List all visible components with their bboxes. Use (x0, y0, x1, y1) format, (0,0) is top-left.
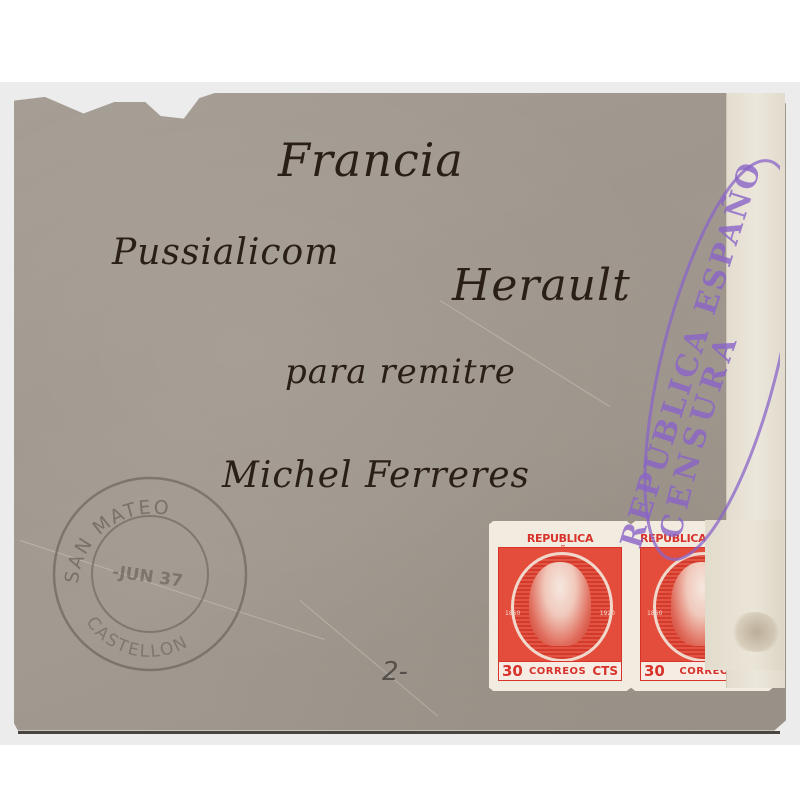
stamp-year-left: 1850 (647, 610, 662, 617)
stamp-unit: CTS (592, 664, 621, 678)
address-country: Francia (278, 133, 464, 187)
portrait-icon (529, 562, 591, 646)
stamp-value: 30 (641, 662, 665, 680)
address-recipient: Michel Ferreres (222, 455, 530, 496)
address-forwarding-note: para remitre (285, 352, 516, 392)
envelope-bottom-edge (18, 731, 780, 734)
paper-stain (732, 612, 780, 652)
stamp-year-left: 1850 (505, 610, 520, 617)
postage-stamp: REPUBLICA ESPAÑOLA 1850 1920 30 CORREOS … (489, 521, 631, 691)
stamp-value: 30 (499, 662, 523, 680)
stamp-year-right: 1920 (600, 610, 615, 617)
stamp-value-bar: 30 CORREOS CTS (498, 661, 622, 681)
address-department: Herault (452, 260, 631, 311)
address-town: Pussialicom (112, 232, 339, 273)
pencil-note: 2- (382, 657, 408, 687)
stamp-frame: 1850 1920 (498, 547, 622, 663)
stamp-label: CORREOS (529, 666, 586, 677)
